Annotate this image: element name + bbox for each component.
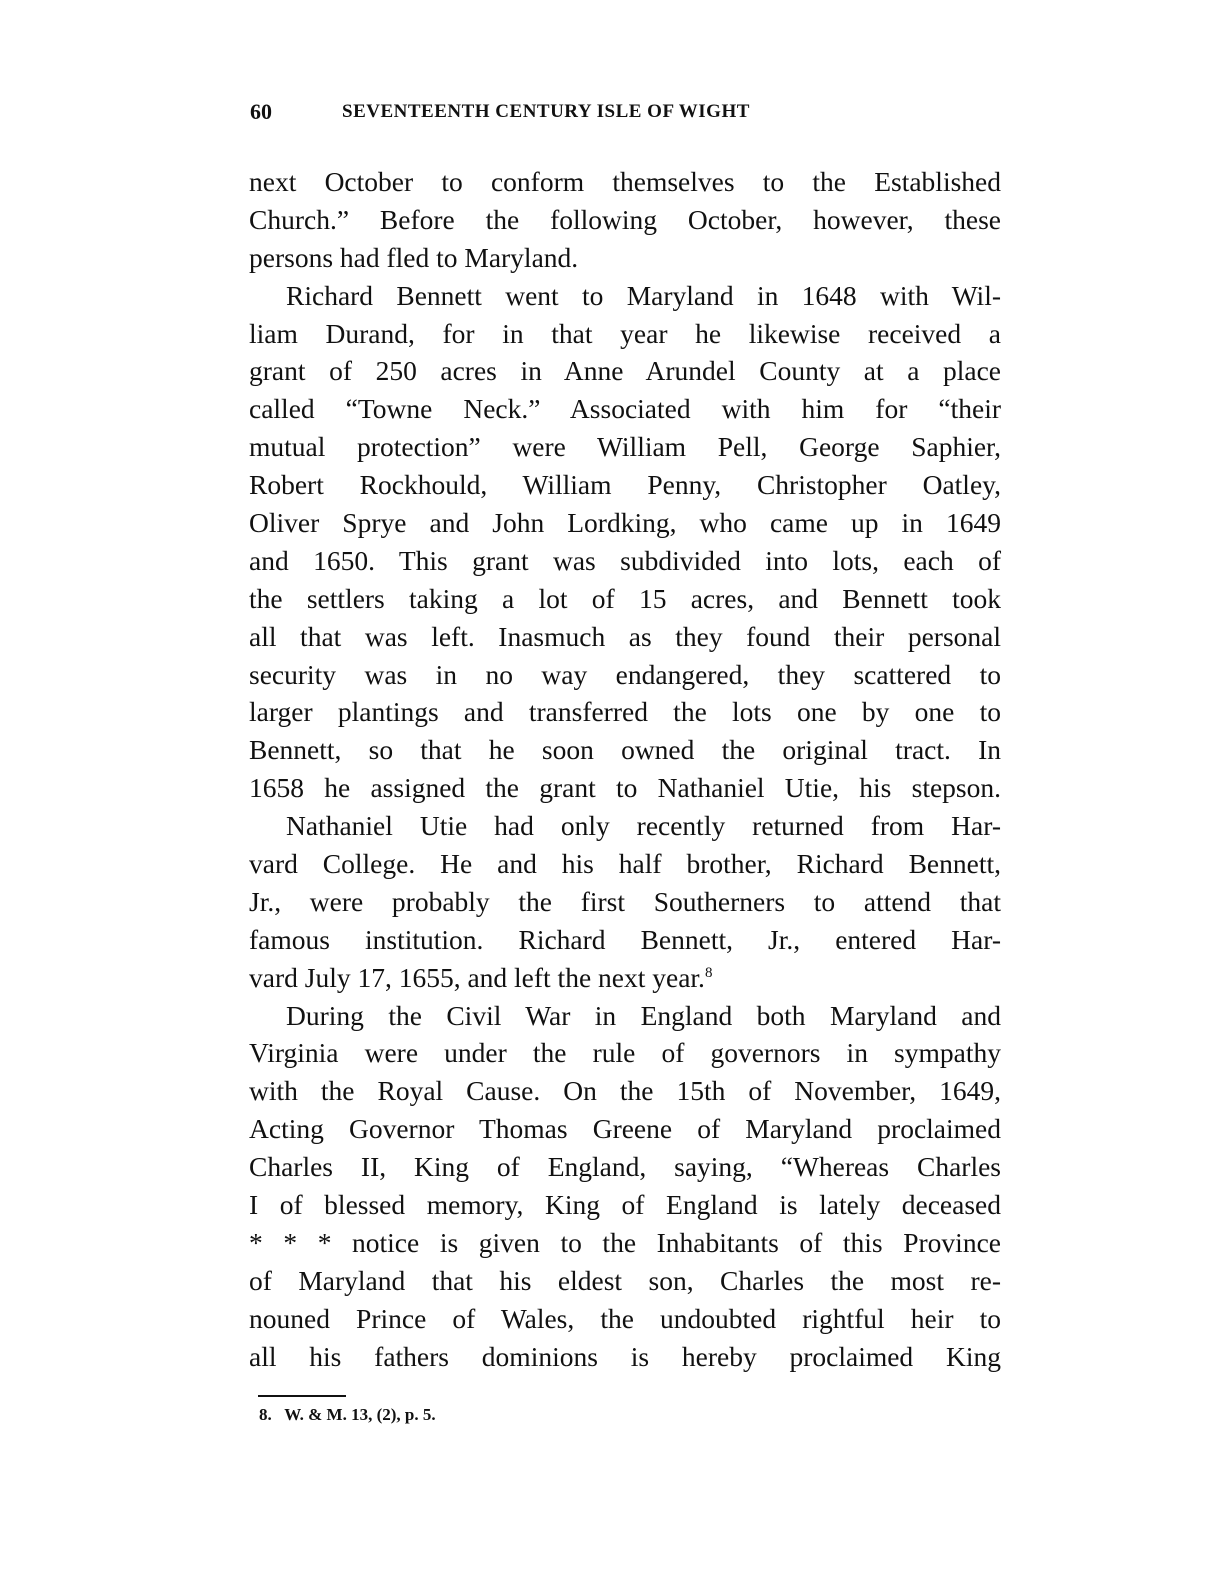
text-line: Richard Bennett went to Maryland in 1648… xyxy=(249,277,1001,315)
text-line: vard College. He and his half brother, R… xyxy=(249,845,1001,883)
text-line: vard July 17, 1655, and left the next ye… xyxy=(249,959,1001,997)
line-text: Jr., were probably the first Southerners… xyxy=(249,886,1001,917)
text-line: Bennett, so that he soon owned the origi… xyxy=(249,731,1001,769)
text-line: mutual protection” were William Pell, Ge… xyxy=(249,428,1001,466)
line-text: with the Royal Cause. On the 15th of Nov… xyxy=(249,1075,1001,1106)
line-text: vard July 17, 1655, and left the next ye… xyxy=(249,962,705,993)
line-text: the settlers taking a lot of 15 acres, a… xyxy=(249,583,1001,614)
line-text: During the Civil War in England both Mar… xyxy=(286,1000,1001,1031)
text-line: and 1650. This grant was subdivided into… xyxy=(249,542,1001,580)
line-text: vard College. He and his half brother, R… xyxy=(249,848,1001,879)
text-line: liam Durand, for in that year he likewis… xyxy=(249,315,1001,353)
line-text: Nathaniel Utie had only recently returne… xyxy=(286,810,1001,841)
text-line: 1658 he assigned the grant to Nathaniel … xyxy=(249,769,1001,807)
line-text: persons had fled to Maryland. xyxy=(249,242,578,273)
running-title: SEVENTEENTH CENTURY ISLE OF WIGHT xyxy=(342,101,750,123)
line-text: Charles II, King of England, saying, “Wh… xyxy=(249,1151,1001,1182)
line-text: next October to conform themselves to th… xyxy=(249,166,1001,197)
text-line: of Maryland that his eldest son, Charles… xyxy=(249,1262,1001,1300)
line-text: mutual protection” were William Pell, Ge… xyxy=(249,431,1001,462)
line-text: of Maryland that his eldest son, Charles… xyxy=(249,1265,1001,1296)
footnote-reference[interactable]: 8 xyxy=(705,965,713,981)
text-line: next October to conform themselves to th… xyxy=(249,163,1001,201)
footnote-marker: 8. xyxy=(259,1405,272,1424)
line-text: nouned Prince of Wales, the undoubted ri… xyxy=(249,1303,1001,1334)
footnote-text: W. & M. 13, (2), p. 5. xyxy=(284,1405,435,1424)
text-line: nouned Prince of Wales, the undoubted ri… xyxy=(249,1300,1001,1338)
line-text: grant of 250 acres in Anne Arundel Count… xyxy=(249,355,1001,386)
footnote-rule xyxy=(258,1395,346,1397)
footnote-8: 8. W. & M. 13, (2), p. 5. xyxy=(259,1405,436,1425)
line-text: Oliver Sprye and John Lordking, who came… xyxy=(249,507,1001,538)
line-text: * * * notice is given to the Inhabitants… xyxy=(249,1227,1001,1258)
line-text: all that was left. Inasmuch as they foun… xyxy=(249,621,1001,652)
text-line: Nathaniel Utie had only recently returne… xyxy=(249,807,1001,845)
line-text: called “Towne Neck.” Associated with him… xyxy=(249,393,1001,424)
text-line: Virginia were under the rule of governor… xyxy=(249,1034,1001,1072)
line-text: I of blessed memory, King of England is … xyxy=(249,1189,1001,1220)
line-text: Church.” Before the following October, h… xyxy=(249,204,1001,235)
line-text: Bennett, so that he soon owned the origi… xyxy=(249,734,1001,765)
text-line: larger plantings and transferred the lot… xyxy=(249,693,1001,731)
text-line: the settlers taking a lot of 15 acres, a… xyxy=(249,580,1001,618)
line-text: 1658 he assigned the grant to Nathaniel … xyxy=(249,772,1001,803)
text-line: Charles II, King of England, saying, “Wh… xyxy=(249,1148,1001,1186)
text-line: Robert Rockhould, William Penny, Christo… xyxy=(249,466,1001,504)
text-line: all that was left. Inasmuch as they foun… xyxy=(249,618,1001,656)
line-text: liam Durand, for in that year he likewis… xyxy=(249,318,1001,349)
text-line: persons had fled to Maryland. xyxy=(249,239,1001,277)
line-text: Richard Bennett went to Maryland in 1648… xyxy=(286,280,1001,311)
page-number: 60 xyxy=(250,99,272,125)
text-line: Oliver Sprye and John Lordking, who came… xyxy=(249,504,1001,542)
text-line: During the Civil War in England both Mar… xyxy=(249,997,1001,1035)
text-line: * * * notice is given to the Inhabitants… xyxy=(249,1224,1001,1262)
line-text: Robert Rockhould, William Penny, Christo… xyxy=(249,469,1001,500)
page-header: 60 SEVENTEENTH CENTURY ISLE OF WIGHT xyxy=(250,99,1000,129)
line-text: famous institution. Richard Bennett, Jr.… xyxy=(249,924,1001,955)
line-text: larger plantings and transferred the lot… xyxy=(249,696,1001,727)
text-line: grant of 250 acres in Anne Arundel Count… xyxy=(249,352,1001,390)
line-text: security was in no way endangered, they … xyxy=(249,659,1001,690)
text-line: called “Towne Neck.” Associated with him… xyxy=(249,390,1001,428)
line-text: and 1650. This grant was subdivided into… xyxy=(249,545,1001,576)
line-text: all his fathers dominions is hereby proc… xyxy=(249,1341,1001,1372)
text-line: with the Royal Cause. On the 15th of Nov… xyxy=(249,1072,1001,1110)
text-line: I of blessed memory, King of England is … xyxy=(249,1186,1001,1224)
text-line: famous institution. Richard Bennett, Jr.… xyxy=(249,921,1001,959)
text-line: all his fathers dominions is hereby proc… xyxy=(249,1338,1001,1376)
line-text: Acting Governor Thomas Greene of Marylan… xyxy=(249,1113,1001,1144)
text-line: Church.” Before the following October, h… xyxy=(249,201,1001,239)
text-line: Acting Governor Thomas Greene of Marylan… xyxy=(249,1110,1001,1148)
line-text: Virginia were under the rule of governor… xyxy=(249,1037,1001,1068)
text-line: Jr., were probably the first Southerners… xyxy=(249,883,1001,921)
text-line: security was in no way endangered, they … xyxy=(249,656,1001,694)
body-text: next October to conform themselves to th… xyxy=(249,163,1001,1376)
